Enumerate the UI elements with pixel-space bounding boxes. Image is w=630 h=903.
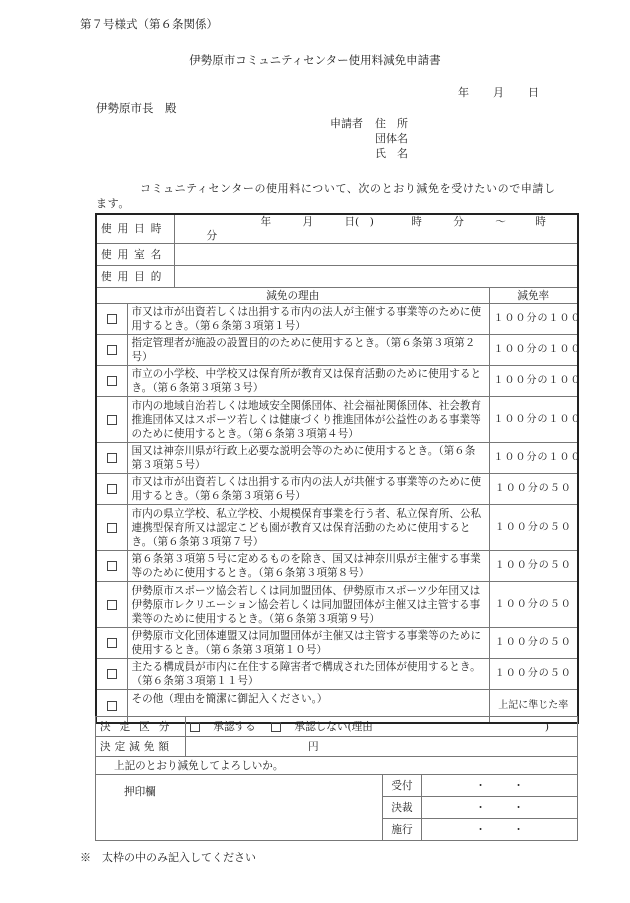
- reason-row: 市又は市が出資若しくは出捐する市内の法人が共催する事業等のために使用するとき。（…: [96, 474, 578, 505]
- seal-label: 押印欄: [124, 786, 156, 798]
- decision-amount-field[interactable]: 円: [186, 737, 578, 757]
- date-year: 年: [458, 84, 469, 100]
- reason-checkbox[interactable]: [96, 366, 127, 397]
- reason-rate: １００分の１００: [489, 335, 578, 366]
- reason-row: 国又は神奈川県が行政上必要な説明会等のために使用するとき。（第６条第３項第５号）…: [96, 443, 578, 474]
- reject-checkbox[interactable]: [271, 722, 281, 732]
- checkbox-icon: [107, 376, 117, 386]
- reason-text: 伊勢原市スポーツ協会若しくは同加盟団体、伊勢原市スポーツ少年団又は伊勢原市レクリ…: [127, 582, 489, 628]
- reason-rate: １００分の５０: [489, 582, 578, 628]
- stamp-date-field[interactable]: ・・: [422, 819, 578, 841]
- reason-row: 主たる構成員が市内に在住する障害者で構成された団体が使用するとき。（第６条第３項…: [96, 659, 578, 690]
- reason-checkbox[interactable]: [96, 397, 127, 443]
- application-date: 年月日: [458, 84, 563, 100]
- decision-amount-row: 決定減免額 円: [96, 737, 578, 757]
- checkbox-icon: [107, 669, 117, 679]
- application-table: 使用日時 年 月 日( ) 時 分 ～ 時 分 使用室名 使用目的 減免の理由 …: [95, 213, 579, 724]
- usage-room-row: 使用室名: [96, 244, 578, 266]
- reasons-header-row: 減免の理由 減免率: [96, 288, 578, 304]
- checkbox-icon: [107, 484, 117, 494]
- reason-text: 主たる構成員が市内に在住する障害者で構成された団体が使用するとき。（第６条第３項…: [127, 659, 489, 690]
- approve-label: 承認する: [213, 721, 255, 733]
- reason-checkbox[interactable]: [96, 443, 127, 474]
- rate-header: 減免率: [489, 288, 578, 304]
- stamp-date-field[interactable]: ・・: [422, 797, 578, 819]
- checkbox-icon: [107, 561, 117, 571]
- confirm-row: 上記のとおり減免してよろしいか。: [96, 757, 578, 775]
- date-day: 日: [528, 84, 539, 100]
- usage-datetime-label: 使用日時: [96, 214, 174, 244]
- usage-purpose-row: 使用目的: [96, 266, 578, 288]
- reason-row: 市内の地域自治若しくは地域安全関係団体、社会福祉関係団体、社会教育推進団体又はス…: [96, 397, 578, 443]
- seal-area[interactable]: 押印欄: [96, 775, 383, 841]
- checkbox-icon: [107, 523, 117, 533]
- reason-row: 伊勢原市文化団体連盟又は同加盟団体が主催又は主管する事業等のために使用するとき。…: [96, 628, 578, 659]
- applicant-name-label: 氏 名: [375, 145, 408, 161]
- document-title: 伊勢原市コミュニティセンター使用料減免申請書: [0, 52, 630, 68]
- stamp-label: 施行: [383, 819, 422, 841]
- checkbox-icon: [107, 314, 117, 324]
- reason-checkbox[interactable]: [96, 304, 127, 335]
- form-number: 第７号様式（第６条関係）: [80, 16, 218, 32]
- reason-text: 伊勢原市文化団体連盟又は同加盟団体が主催又は主管する事業等のために使用するとき。…: [127, 628, 489, 659]
- reason-rate: １００分の５０: [489, 628, 578, 659]
- reason-rate: １００分の１００: [489, 304, 578, 335]
- stamp-date-field[interactable]: ・・: [422, 775, 578, 797]
- checkbox-icon: [107, 453, 117, 463]
- amount-unit: 円: [308, 741, 319, 753]
- decision-category-row: 決定区分 承認する 承認しない(理由 ): [96, 717, 578, 737]
- checkbox-icon: [107, 345, 117, 355]
- reason-checkbox[interactable]: [96, 551, 127, 582]
- checkbox-icon: [107, 638, 117, 648]
- reason-row: 指定管理者が施設の設置目的のために使用するとき。（第６条第３項第２号） １００分…: [96, 335, 578, 366]
- reason-text: 市立の小学校、中学校又は保育所が教育又は保育活動のために使用するとき。（第６条第…: [127, 366, 489, 397]
- reason-checkbox[interactable]: [96, 659, 127, 690]
- reason-row: 市又は市が出資若しくは出捐する市内の法人が主催する事業等のために使用するとき。（…: [96, 304, 578, 335]
- reason-text: 市又は市が出資若しくは出捐する市内の法人が主催する事業等のために使用するとき。（…: [127, 304, 489, 335]
- reason-rate: １００分の１００: [489, 366, 578, 397]
- reason-checkbox[interactable]: [96, 505, 127, 551]
- reason-checkbox[interactable]: [96, 474, 127, 505]
- reason-row: 市立の小学校、中学校又は保育所が教育又は保育活動のために使用するとき。（第６条第…: [96, 366, 578, 397]
- checkbox-icon: [107, 600, 117, 610]
- applicant-label: 申請者: [330, 115, 363, 131]
- stamp-label: 受付: [383, 775, 422, 797]
- reason-rate: １００分の５０: [489, 505, 578, 551]
- usage-room-field[interactable]: [174, 244, 578, 266]
- reason-checkbox[interactable]: [96, 628, 127, 659]
- usage-purpose-label: 使用目的: [96, 266, 174, 288]
- reason-text: 市又は市が出資若しくは出捐する市内の法人が共催する事業等のために使用するとき。（…: [127, 474, 489, 505]
- usage-datetime-row: 使用日時 年 月 日( ) 時 分 ～ 時 分: [96, 214, 578, 244]
- decision-table: 決定区分 承認する 承認しない(理由 ) 決定減免額 円 上記のとおり減免してよ…: [95, 716, 578, 841]
- reason-text: 市内の県立学校、私立学校、小規模保育事業を行う者、私立保育所、公私連携型保育所又…: [127, 505, 489, 551]
- stamp-label: 決裁: [383, 797, 422, 819]
- applicant-address-label: 住 所: [375, 115, 408, 131]
- reason-rate: １００分の５０: [489, 474, 578, 505]
- decision-category-label: 決定区分: [96, 717, 186, 737]
- intro-text: コミュニティセンターの使用料について、次のとおり減免を受けたいので申請します。: [96, 181, 566, 211]
- reason-text: 指定管理者が施設の設置目的のために使用するとき。（第６条第３項第２号）: [127, 335, 489, 366]
- checkbox-icon: [107, 415, 117, 425]
- reason-row: 市内の県立学校、私立学校、小規模保育事業を行う者、私立保育所、公私連携型保育所又…: [96, 505, 578, 551]
- footnote: ※ 太枠の中のみ記入してください: [80, 849, 256, 865]
- reason-rate: １００分の５０: [489, 659, 578, 690]
- decision-amount-label: 決定減免額: [96, 737, 186, 757]
- decision-category-field: 承認する 承認しない(理由 ): [186, 717, 578, 737]
- reason-text: 国又は神奈川県が行政上必要な説明会等のために使用するとき。（第６条第３項第５号）: [127, 443, 489, 474]
- reject-label: 承認しない(理由: [295, 721, 373, 733]
- reason-checkbox[interactable]: [96, 582, 127, 628]
- checkbox-icon: [107, 701, 117, 711]
- date-month: 月: [493, 84, 504, 100]
- reason-rate: １００分の１００: [489, 443, 578, 474]
- approve-checkbox[interactable]: [190, 722, 200, 732]
- confirm-text: 上記のとおり減免してよろしいか。: [96, 757, 578, 775]
- reason-checkbox[interactable]: [96, 335, 127, 366]
- usage-purpose-field[interactable]: [174, 266, 578, 288]
- reason-text: 市内の地域自治若しくは地域安全関係団体、社会福祉関係団体、社会教育推進団体又はス…: [127, 397, 489, 443]
- reason-rate: １００分の１００: [489, 397, 578, 443]
- stamp-row: 押印欄 受付 ・・: [96, 775, 578, 797]
- addressee: 伊勢原市長 殿: [96, 100, 177, 116]
- reject-close: ): [545, 720, 549, 734]
- reason-header: 減免の理由: [96, 288, 489, 304]
- reason-text: 第６条第３項第５号に定めるものを除き、国又は神奈川県が主催する事業等のために使用…: [127, 551, 489, 582]
- reason-rate: １００分の５０: [489, 551, 578, 582]
- applicant-group-label: 団体名: [375, 130, 408, 146]
- reason-row: 伊勢原市スポーツ協会若しくは同加盟団体、伊勢原市スポーツ少年団又は伊勢原市レクリ…: [96, 582, 578, 628]
- reason-row: 第６条第３項第５号に定めるものを除き、国又は神奈川県が主催する事業等のために使用…: [96, 551, 578, 582]
- usage-datetime-field[interactable]: 年 月 日( ) 時 分 ～ 時 分: [174, 214, 578, 244]
- usage-room-label: 使用室名: [96, 244, 174, 266]
